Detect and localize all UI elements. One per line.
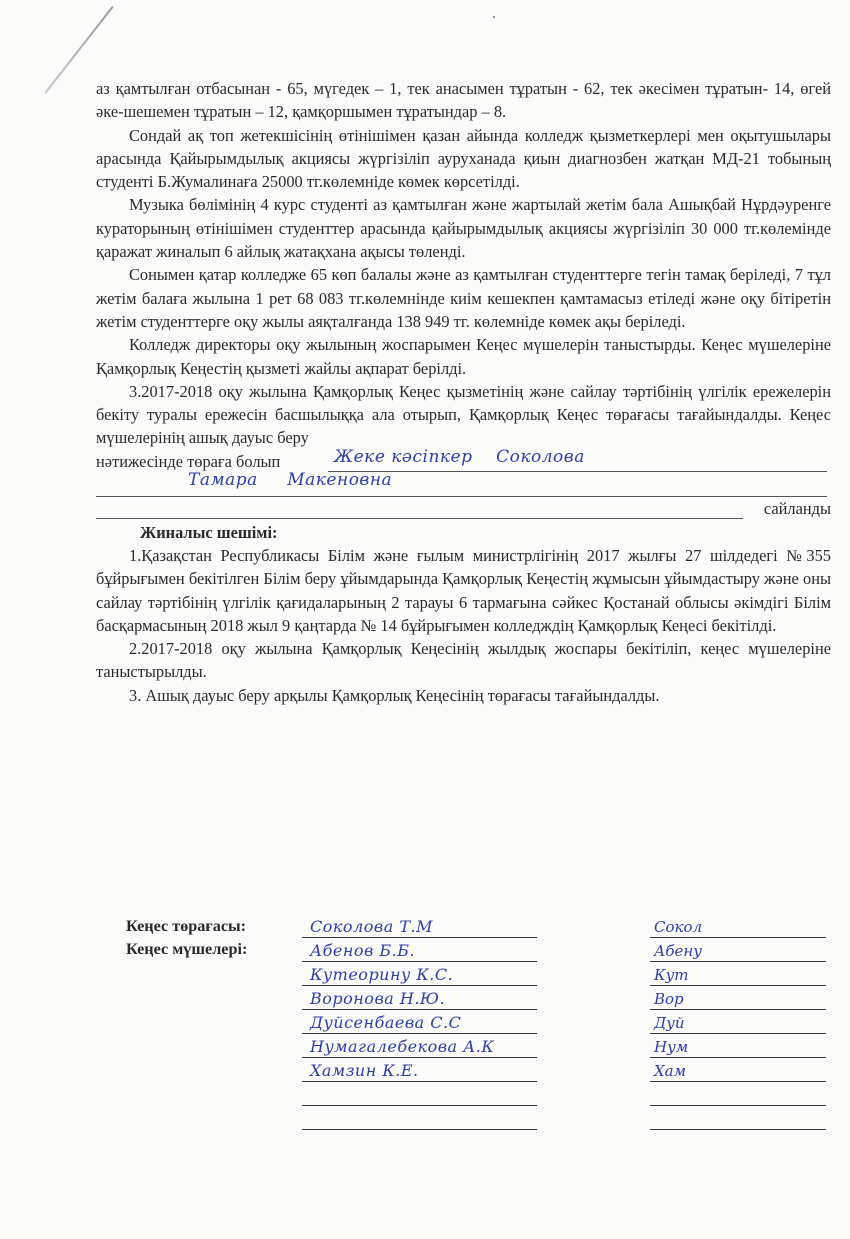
document-body: аз қамтылған отбасынан - 65, мүгедек – 1… <box>96 77 831 707</box>
name-line-member: Дуйсенбаева С.С <box>302 1009 537 1034</box>
name-line-empty <box>302 1105 537 1130</box>
decision-3: 3. Ашық дауыс беру арқылы Қамқорлық Кеңе… <box>96 684 831 707</box>
signature-line-member: Абену <box>650 937 826 962</box>
decision-heading: Жиналыс шешімі: <box>96 521 831 544</box>
handwritten-name: Воронова Н.Ю. <box>310 989 445 1008</box>
handwritten-chair-line1: Жеке кәсіпкер Соколова <box>334 446 585 469</box>
election-fill-row-3: сайланды <box>96 497 831 520</box>
signature-mark: Дуй <box>654 1014 685 1032</box>
decision-1: 1.Қазақстан Республикасы Білім және ғылы… <box>96 544 831 637</box>
handwritten-chair-line2: Тамара Макеновна <box>188 469 392 492</box>
paragraph-item-3: 3.2017-2018 оқу жылына Қамқорлық Кеңес қ… <box>96 380 831 450</box>
signature-mark: Абену <box>654 942 702 960</box>
name-line-chair: Соколова Т.М <box>302 913 537 938</box>
paragraph-statistics: аз қамтылған отбасынан - 65, мүгедек – 1… <box>96 77 831 124</box>
election-fill-row-2: Тамара Макеновна <box>96 473 827 497</box>
handwritten-name: Абенов Б.Б. <box>310 941 415 960</box>
fill-line <box>96 497 743 519</box>
name-line-member: Абенов Б.Б. <box>302 937 537 962</box>
handwritten-name: Дуйсенбаева С.С <box>310 1013 461 1032</box>
elected-suffix: сайланды <box>764 497 831 520</box>
signature-block: Кеңес төрағасы: Кеңес мүшелері: Соколова… <box>126 913 836 1133</box>
paragraph-free-meals: Сонымен қатар колледже 65 көп балалы жән… <box>96 263 831 333</box>
handwritten-name: Соколова Т.М <box>310 917 433 936</box>
signature-mark: Сокол <box>654 918 702 936</box>
signature-line-member: Нум <box>650 1033 826 1058</box>
signature-line-empty <box>650 1081 826 1106</box>
decision-2: 2.2017-2018 оқу жылына Қамқорлық Кеңесін… <box>96 637 831 684</box>
signature-mark: Нум <box>654 1038 688 1056</box>
signature-line-empty <box>650 1105 826 1130</box>
name-line-member: Нумагалебекова А.К <box>302 1033 537 1058</box>
handwritten-name: Нумагалебекова А.К <box>310 1037 494 1056</box>
signature-mark: Хам <box>654 1062 686 1080</box>
members-label: Кеңес мүшелері: <box>126 940 247 959</box>
fill-line: Жеке кәсіпкер Соколова <box>328 450 827 472</box>
signature-line-member: Дуй <box>650 1009 826 1034</box>
paragraph-charity-action: Сондай ақ топ жетекшісінің өтінішімен қа… <box>96 124 831 194</box>
handwritten-name: Хамзин К.Е. <box>310 1061 419 1080</box>
scanned-document-page: аз қамтылған отбасынан - 65, мүгедек – 1… <box>0 0 850 1239</box>
scan-speck <box>493 16 495 18</box>
election-prefix: нәтижесінде төраға болып <box>96 452 280 471</box>
paragraph-director-plan: Колледж директоры оқу жылының жоспарымен… <box>96 333 831 380</box>
signature-mark: Вор <box>654 990 684 1008</box>
name-line-member: Кутеорину К.С. <box>302 961 537 986</box>
signature-mark: Кут <box>654 966 689 984</box>
signature-line-member: Вор <box>650 985 826 1010</box>
chair-label: Кеңес төрағасы: <box>126 917 246 936</box>
name-line-member: Воронова Н.Ю. <box>302 985 537 1010</box>
paragraph-music-student: Музыка бөлімінің 4 курс студенті аз қамт… <box>96 193 831 263</box>
signature-line-member: Кут <box>650 961 826 986</box>
signature-line-chair: Сокол <box>650 913 826 938</box>
name-line-member: Хамзин К.Е. <box>302 1057 537 1082</box>
signature-line-member: Хам <box>650 1057 826 1082</box>
name-line-empty <box>302 1081 537 1106</box>
handwritten-name: Кутеорину К.С. <box>310 965 453 984</box>
